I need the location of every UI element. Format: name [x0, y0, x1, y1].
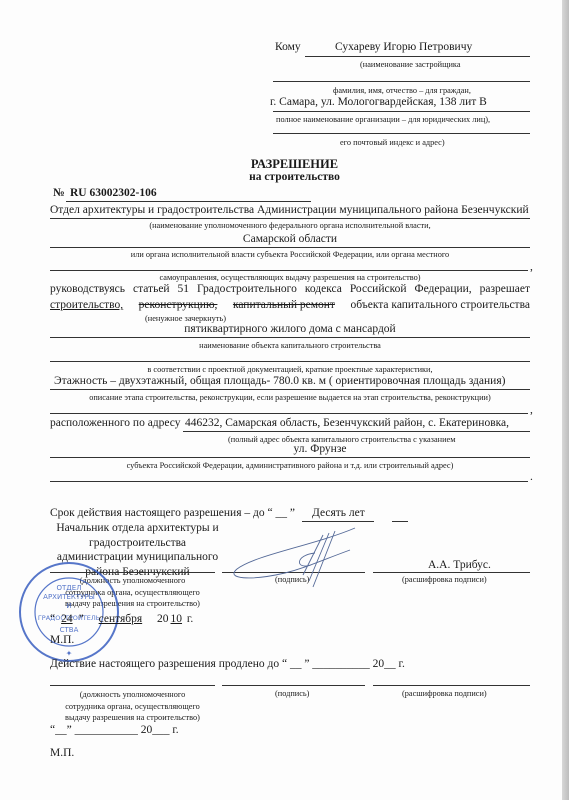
svg-text:АРХИТЕКТУРЫ: АРХИТЕКТУРЫ — [43, 593, 95, 601]
object-hint: наименование объекта капитального строит… — [50, 341, 530, 350]
comma: , — [530, 404, 533, 416]
addressee-hint-1: (наименование застройщика — [360, 60, 461, 69]
signatory-decoded-name: А.А. Трибус. — [428, 559, 491, 571]
option-reconstruction-struck: реконструкцию, — [139, 299, 218, 311]
extension-decoded-hint: (расшифровка подписи) — [402, 689, 487, 698]
period: . — [530, 471, 533, 483]
addressee-hint-3: полное наименование организации – для юр… — [276, 115, 490, 124]
permit-number-prefix: № — [53, 187, 65, 199]
svg-text:СТВА: СТВА — [60, 626, 79, 634]
option-construction: строительство, — [50, 299, 123, 311]
scan-edge — [562, 0, 569, 800]
seal-mark: М.П. — [50, 634, 74, 646]
object-name: пятиквартирного жилого дома с мансардой — [50, 323, 530, 335]
authority-hint-1: (наименование уполномоченного федерально… — [50, 221, 530, 230]
extension-seal-mark: М.П. — [50, 747, 74, 759]
signature-icon — [225, 525, 375, 590]
comma: , — [530, 261, 533, 273]
addressee-label: Кому — [275, 41, 301, 53]
authority-name: Отдел архитектуры и градостроительства А… — [50, 204, 529, 216]
document-title: РАЗРЕШЕНИЕ — [0, 157, 569, 172]
body-line-2-rest: объекта капитального строительства — [350, 299, 530, 311]
option-repair-struck: капитальный ремонт — [233, 299, 335, 311]
svg-text:✦: ✦ — [66, 649, 73, 658]
extension-label: Действие настоящего разрешения продлено … — [50, 658, 405, 670]
strike-hint: (ненужное зачеркнуть) — [145, 314, 226, 323]
extension-date: “__” ___________ 20___ г. — [50, 724, 179, 736]
validity-value: Десять лет — [312, 507, 365, 519]
addressee-hint-2: фамилия, имя, отчество – для граждан, — [333, 86, 471, 95]
address-label: расположенного по адресу — [50, 417, 181, 429]
authority-hint-2: или органа исполнительной власти субъект… — [50, 250, 530, 259]
permit-number: RU 63002302-106 — [70, 187, 157, 199]
validity-label: Срок действия настоящего разрешения – до… — [50, 507, 295, 519]
characteristics: Этажность – двухэтажный, общая площадь- … — [54, 375, 505, 387]
addressee-name: Сухареву Игорю Петровичу — [335, 41, 472, 53]
stage-hint: описание этапа строительства, реконструк… — [50, 393, 530, 402]
authority-hint-3: самоуправления, осуществляющих выдачу ра… — [50, 273, 530, 282]
extension-signature-hint: (подпись) — [275, 689, 309, 698]
decoded-hint: (расшифровка подписи) — [402, 575, 487, 584]
object-address: 446232, Самарская область, Безенчукский … — [185, 417, 509, 429]
object-street: ул. Фрунзе — [50, 443, 530, 455]
address-hint-2: субъекта Российской Федерации, администр… — [50, 461, 530, 470]
addressee-address: г. Самара, ул. Мологогвардейская, 138 ли… — [270, 96, 487, 108]
extension-position-hint: (должность уполномоченного сотрудника ор… — [50, 689, 215, 724]
body-line-1: руководствуясь статьей 51 Градостроитель… — [50, 283, 530, 295]
authority-region: Самарской области — [50, 233, 530, 245]
document-subtitle: на строительство — [0, 171, 569, 183]
project-hint: в соответствии с проектной документацией… — [50, 365, 530, 374]
svg-text:ОТДЕЛ: ОТДЕЛ — [57, 584, 82, 592]
issue-date: “24” сентября 2010 г. — [50, 613, 193, 625]
body-line-2: строительство, реконструкцию, капитальны… — [50, 299, 530, 311]
addressee-hint-4: его почтовый индекс и адрес) — [340, 138, 445, 147]
svg-text:И: И — [66, 602, 71, 610]
